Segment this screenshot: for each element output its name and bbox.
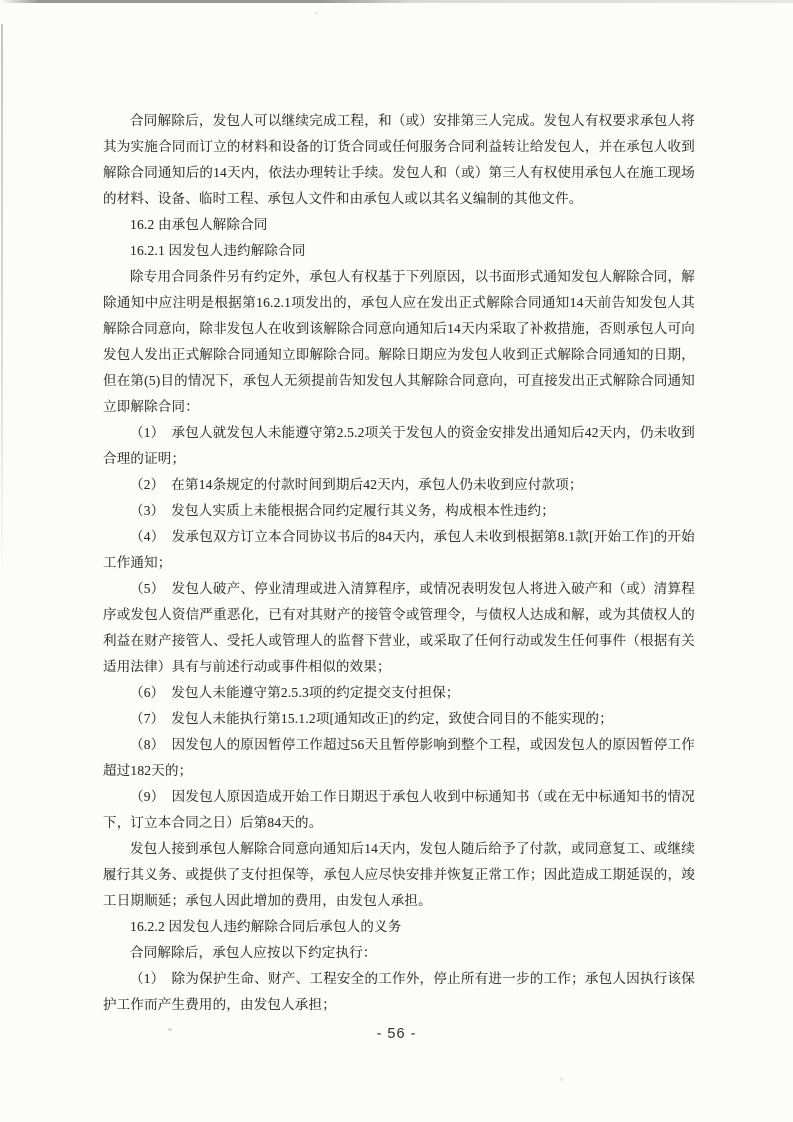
scanned-contract-page: 合同解除后，发包人可以继续完成工程，和（或）安排第三人完成。发包人有权要求承包人… bbox=[0, 0, 793, 1122]
list-item-4: （4） 发承包双方订立本合同协议书后的84天内，承包人未收到根据第8.1款[开始… bbox=[103, 524, 695, 576]
para-employer-remedy: 发包人接到承包人解除合同意向通知后14天内，发包人随后给予了付款，或同意复工、或… bbox=[103, 836, 695, 914]
list-item-6: （6） 发包人未能遵守第2.5.3项的约定提交支付担保； bbox=[103, 680, 695, 706]
list-item-7: （7） 发包人未能执行第15.1.2项[通知改正]的约定，致使合同目的不能实现的… bbox=[103, 706, 695, 732]
scan-edge-top bbox=[0, 0, 793, 3]
scan-edge-left bbox=[1, 24, 3, 584]
list-item-2: （2） 在第14条规定的付款时间到期后42天内，承包人仍未收到应付款项； bbox=[103, 472, 695, 498]
list-item-8: （8） 因发包人的原因暂停工作超过56天且暂停影响到整个工程，或因发包人的原因暂… bbox=[103, 732, 695, 784]
heading-16-2-1: 16.2.1 因发包人违约解除合同 bbox=[103, 238, 695, 264]
para-16-2-2-intro: 合同解除后，承包人应按以下约定执行： bbox=[103, 940, 695, 966]
list-item-9: （9） 因发包人原因造成开始工作日期迟于承包人收到中标通知书（或在无中标通知书的… bbox=[103, 784, 695, 836]
contract-text-block: 合同解除后，发包人可以继续完成工程，和（或）安排第三人完成。发包人有权要求承包人… bbox=[103, 108, 695, 1018]
page-number: - 56 - bbox=[0, 1026, 793, 1042]
list-item-5: （5） 发包人破产、停业清理或进入清算程序，或情况表明发包人将进入破产和（或）清… bbox=[103, 576, 695, 680]
scan-speck bbox=[560, 1078, 563, 1081]
heading-16-2: 16.2 由承包人解除合同 bbox=[103, 212, 695, 238]
scan-speck bbox=[315, 12, 318, 14]
list-item-3: （3） 发包人实质上未能根据合同约定履行其义务，构成根本性违约； bbox=[103, 498, 695, 524]
list-item-16-2-2-1: （1） 除为保护生命、财产、工程安全的工作外，停止所有进一步的工作；承包人因执行… bbox=[103, 966, 695, 1018]
heading-16-2-2: 16.2.2 因发包人违约解除合同后承包人的义务 bbox=[103, 914, 695, 940]
list-item-1: （1） 承包人就发包人未能遵守第2.5.2项关于发包人的资金安排发出通知后42天… bbox=[103, 420, 695, 472]
para-termination-consequences: 合同解除后，发包人可以继续完成工程，和（或）安排第三人完成。发包人有权要求承包人… bbox=[103, 108, 695, 212]
para-16-2-1-intro: 除专用合同条件另有约定外，承包人有权基于下列原因，以书面形式通知发包人解除合同，… bbox=[103, 264, 695, 420]
